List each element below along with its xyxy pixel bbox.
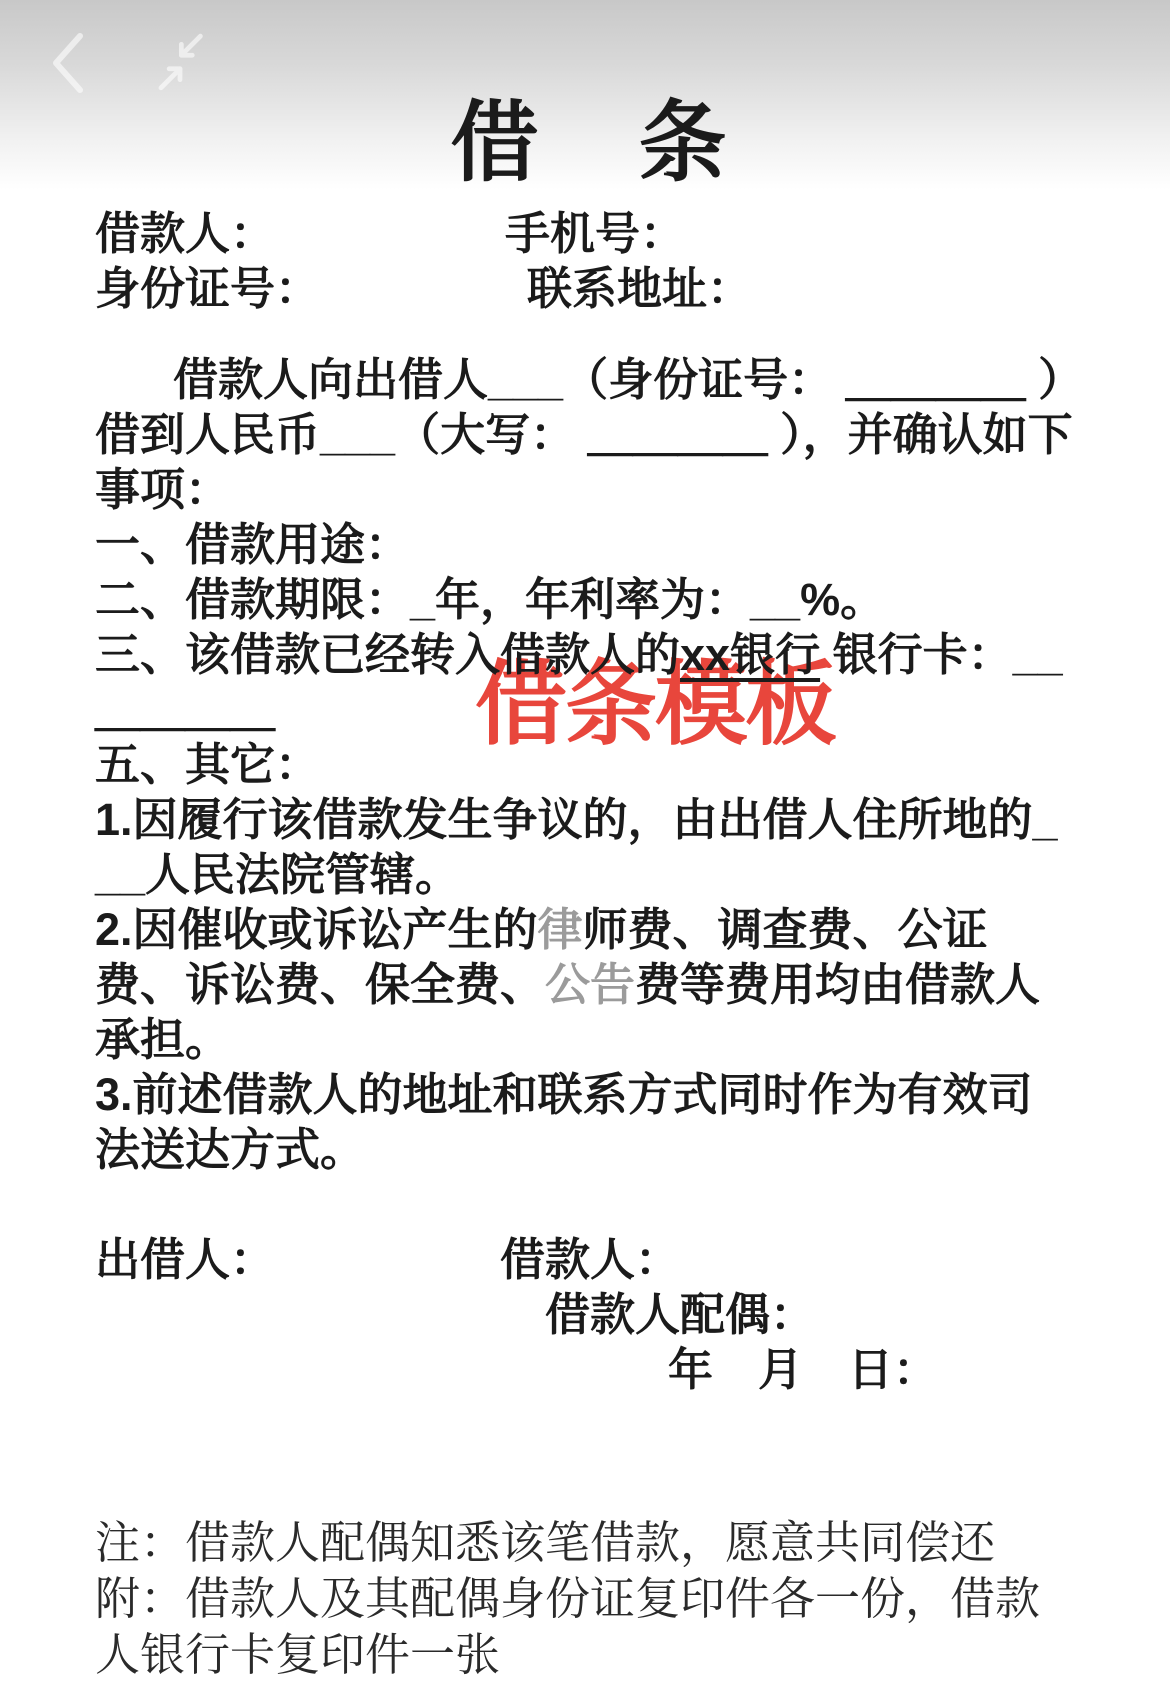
intro-line-1: 借款人向出借人___（身份证号： ＿＿＿＿ ） <box>95 352 1088 407</box>
signature-spouse-label: 借款人配偶： <box>95 1287 1088 1342</box>
spacer <box>95 1507 1088 1515</box>
id-number-label: 身份证号： <box>95 263 320 314</box>
phone-label: 手机号： <box>505 206 685 261</box>
spacer <box>95 1452 1088 1507</box>
signature-lender-label: 出借人： <box>95 1234 275 1285</box>
item2-line1-gray-char: 律 <box>538 904 583 955</box>
note-line-1: 注：借款人配偶知悉该笔借款，愿意共同偿还 <box>95 1515 1088 1571</box>
spacer <box>95 1177 1088 1232</box>
clause-three-prefix: 三、该借款已经转入借款人的 <box>95 629 680 680</box>
page-container: 借条模板 借 条 借款人： 手机号： 身份证号： 联系地址： 借款人向出借人__… <box>0 0 1170 1690</box>
page-title: 借 条 <box>95 88 1088 198</box>
item2-line2: 费、诉讼费、保全费、公告费等费用均由借款人 <box>95 957 1088 1012</box>
spacer <box>95 1397 1088 1452</box>
document: 借 条 借款人： 手机号： 身份证号： 联系地址： 借款人向出借人___（身份证… <box>0 0 1170 1683</box>
intro-line-3: 事项： <box>95 462 1088 517</box>
item1-line2: __人民法院管辖。 <box>95 847 1088 902</box>
note-line-2: 附：借款人及其配偶身份证复印件各一份，借款 <box>95 1571 1088 1627</box>
item3-line2: 法送达方式。 <box>95 1122 1088 1177</box>
item2-line2-prefix: 费、诉讼费、保全费、 <box>95 959 545 1010</box>
item1-line1: 1.因履行该借款发生争议的，由出借人住所地的_ <box>95 792 1088 847</box>
intro-line-2: 借到人民币___（大写： ＿＿＿＿ ），并确认如下 <box>95 407 1088 462</box>
field-row-id-address: 身份证号： 联系地址： <box>95 261 1088 316</box>
bank-name-underlined: xx银行 <box>680 629 820 680</box>
note-line-3: 人银行卡复印件一张 <box>95 1627 1088 1683</box>
item2-line1-prefix: 2.因催收或诉讼产生的 <box>95 904 538 955</box>
clause-two: 二、借款期限：_年，年利率为：__%。 <box>95 572 1088 627</box>
spacer <box>95 316 1088 352</box>
signature-date-label: 年 月 日： <box>95 1342 1088 1397</box>
clause-one: 一、借款用途： <box>95 517 1088 572</box>
item2-line3: 承担。 <box>95 1012 1088 1067</box>
signature-borrower-label: 借款人： <box>500 1232 680 1287</box>
clause-three: 三、该借款已经转入借款人的xx银行 银行卡：__ <box>95 627 1088 682</box>
blank-underscore-line: ＿＿＿＿ <box>95 682 1088 737</box>
clause-three-suffix: 银行卡：__ <box>820 629 1063 680</box>
clause-five: 五、其它： <box>95 737 1088 792</box>
item2-line2-suffix: 费等费用均由借款人 <box>635 959 1040 1010</box>
address-label: 联系地址： <box>527 261 752 316</box>
item3-line1: 3.前述借款人的地址和联系方式同时作为有效司 <box>95 1067 1088 1122</box>
item2-line1-suffix: 师费、调查费、公证 <box>583 904 988 955</box>
borrower-label: 借款人： <box>95 208 275 259</box>
item2-line1: 2.因催收或诉讼产生的律师费、调查费、公证 <box>95 902 1088 957</box>
signature-row: 出借人： 借款人： <box>95 1232 1088 1287</box>
notes-block: 注：借款人配偶知悉该笔借款，愿意共同偿还 附：借款人及其配偶身份证复印件各一份，… <box>95 1515 1088 1683</box>
item2-line2-gray-chars: 公告 <box>545 959 635 1010</box>
field-row-borrower-phone: 借款人： 手机号： <box>95 206 1088 261</box>
